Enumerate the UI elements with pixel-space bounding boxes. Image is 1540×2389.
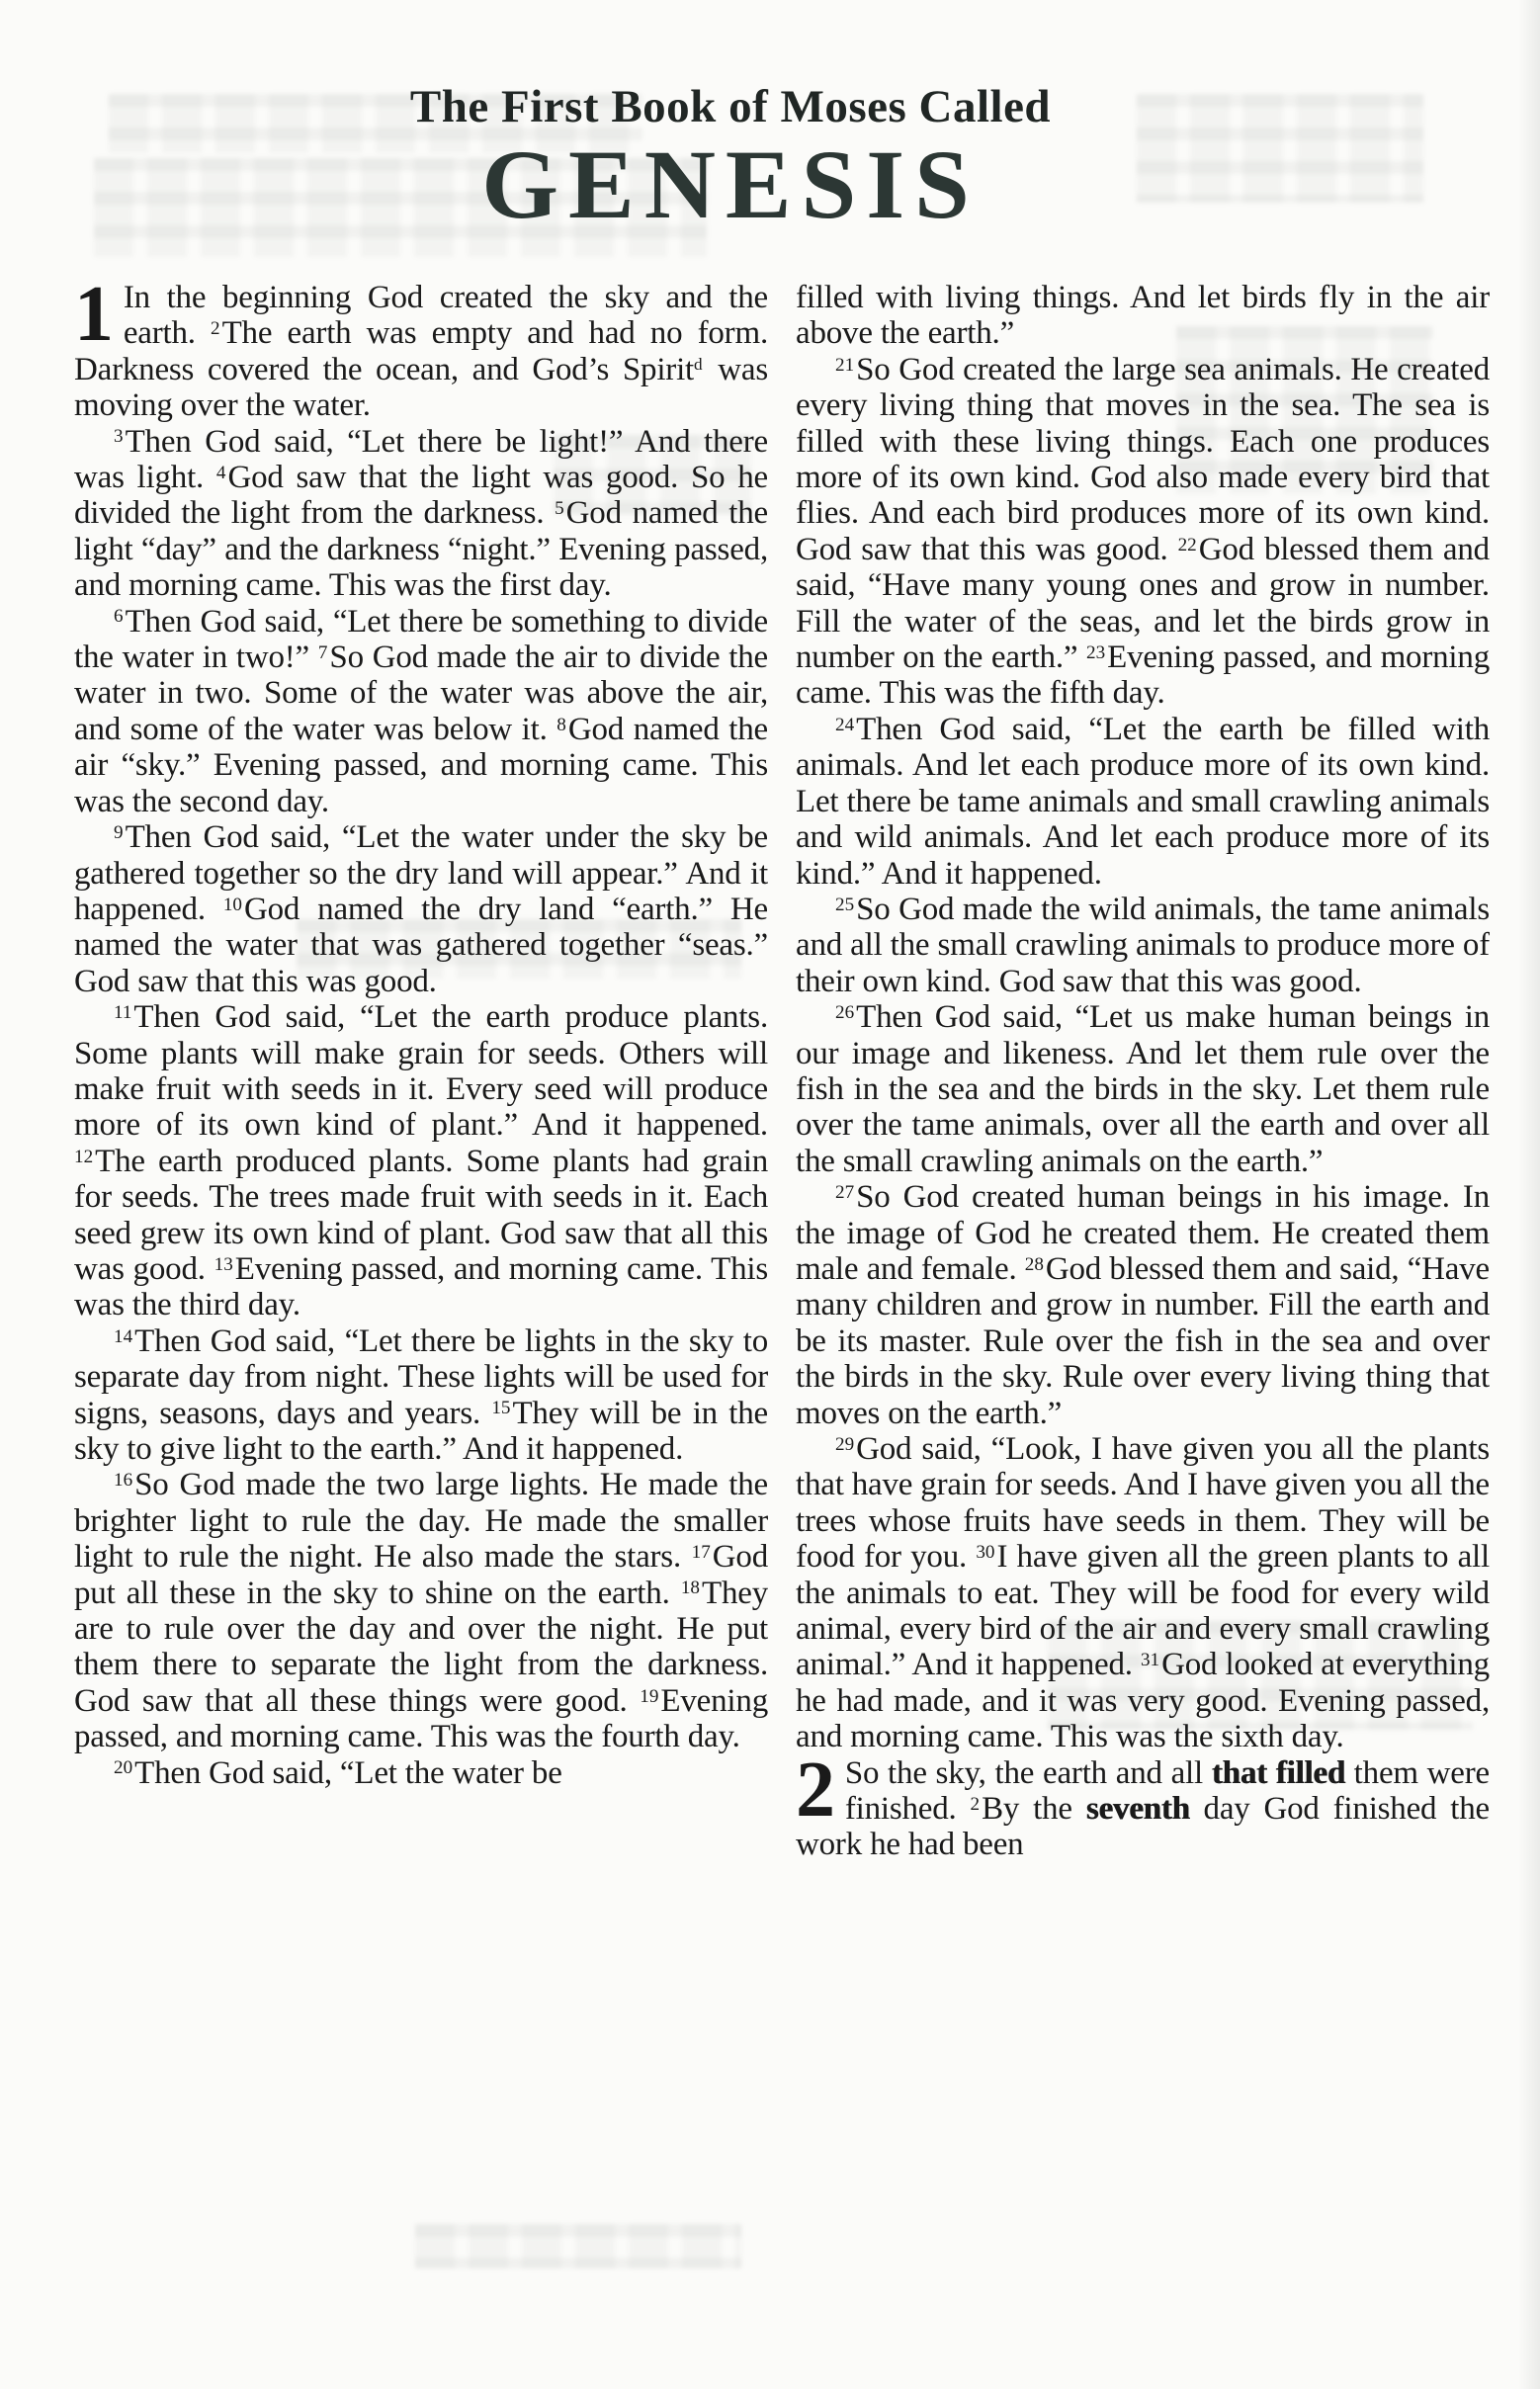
right-column: filled with living things. And let birds…	[796, 280, 1490, 2331]
verse-number: 22	[1178, 535, 1197, 555]
verse-paragraph: 21So God created the large sea animals. …	[796, 352, 1490, 712]
page-header: The First Book of Moses Called GENESIS	[0, 83, 1500, 231]
verse-paragraph: 26Then God said, “Let us make human bein…	[796, 999, 1490, 1179]
chapter-number: 2	[796, 1759, 835, 1821]
series-title: The First Book of Moses Called	[0, 83, 1500, 131]
verse-number: 24	[835, 715, 854, 735]
verse-text: seventh	[1086, 1791, 1190, 1827]
verse-number: 5	[555, 498, 564, 519]
scripture-columns: 1In the beginning God created the sky an…	[74, 280, 1490, 2331]
verse-text: So God made the two large lights. He mad…	[74, 1467, 768, 1575]
chapter-opening-paragraph: 1In the beginning God created the sky an…	[74, 280, 768, 424]
verse-number: 6	[114, 606, 124, 627]
verse-number: 16	[114, 1470, 132, 1491]
verse-number: 9	[114, 822, 124, 843]
verse-text: Then God said, “Let the earth produce pl…	[74, 999, 768, 1143]
verse-text: Then God said, “Let the water be	[134, 1755, 562, 1791]
verse-number: 31	[1141, 1650, 1159, 1670]
verse-number: 20	[114, 1757, 132, 1778]
verse-paragraph: 20Then God said, “Let the water be	[74, 1755, 768, 1791]
left-column: 1In the beginning God created the sky an…	[74, 280, 768, 2331]
verse-number: 13	[214, 1254, 233, 1275]
scanned-bible-page: The First Book of Moses Called GENESIS 1…	[0, 0, 1540, 2389]
verse-paragraph: 29God said, “Look, I have given you all …	[796, 1431, 1490, 1755]
verse-number: 4	[216, 463, 226, 483]
verse-number: 21	[835, 355, 854, 376]
verse-number: 28	[1025, 1254, 1044, 1275]
verse-number: 2	[211, 318, 220, 339]
verse-text: By the	[982, 1791, 1086, 1827]
verse-paragraph: 16So God made the two large lights. He m…	[74, 1467, 768, 1754]
verse-paragraph: 6Then God said, “Let there be something …	[74, 604, 768, 819]
verse-paragraph: 9Then God said, “Let the water under the…	[74, 819, 768, 999]
verse-number: 2	[971, 1794, 981, 1815]
verse-text: that filled	[1212, 1755, 1345, 1791]
verse-number: 25	[835, 895, 854, 915]
verse-number: 3	[114, 426, 124, 447]
verse-number: 14	[114, 1326, 132, 1347]
verse-text: So God made the wild animals, the tame a…	[796, 892, 1490, 999]
verse-number: 15	[491, 1398, 510, 1418]
verse-number: 8	[556, 715, 566, 735]
verse-number: 18	[681, 1578, 700, 1598]
book-title: GENESIS	[0, 137, 1500, 231]
footnote-marker: d	[694, 355, 703, 374]
scan-gutter-shadow	[1518, 0, 1540, 2389]
verse-number: 19	[640, 1686, 658, 1707]
verse-paragraph: 25So God made the wild animals, the tame…	[796, 892, 1490, 999]
verse-number: 26	[835, 1002, 854, 1023]
verse-number: 11	[114, 1002, 131, 1023]
verse-paragraph: 24Then God said, “Let the earth be fille…	[796, 712, 1490, 892]
verse-paragraph: 11Then God said, “Let the earth produce …	[74, 999, 768, 1323]
verse-text: Then God said, “Let us make human beings…	[796, 999, 1490, 1179]
verse-number: 7	[318, 642, 328, 663]
verse-number: 23	[1086, 642, 1105, 663]
verse-number: 30	[976, 1542, 994, 1563]
chapter-opening-paragraph: 2So the sky, the earth and all that fill…	[796, 1755, 1490, 1863]
verse-text: Then God said, “Let the earth be filled …	[796, 712, 1490, 892]
verse-paragraph: filled with living things. And let birds…	[796, 280, 1490, 352]
verse-paragraph: 3Then God said, “Let there be light!” An…	[74, 424, 768, 604]
verse-number: 17	[692, 1542, 711, 1563]
verse-number: 29	[835, 1434, 854, 1455]
verse-paragraph: 27So God created human beings in his ima…	[796, 1179, 1490, 1431]
verse-text: So the sky, the earth and all	[845, 1755, 1212, 1791]
verse-number: 10	[223, 895, 242, 915]
verse-paragraph: 14Then God said, “Let there be lights in…	[74, 1323, 768, 1468]
verse-text: filled with living things. And let birds…	[796, 280, 1490, 351]
verse-number: 12	[74, 1147, 93, 1167]
chapter-number: 1	[74, 284, 114, 345]
verse-number: 27	[835, 1182, 854, 1203]
